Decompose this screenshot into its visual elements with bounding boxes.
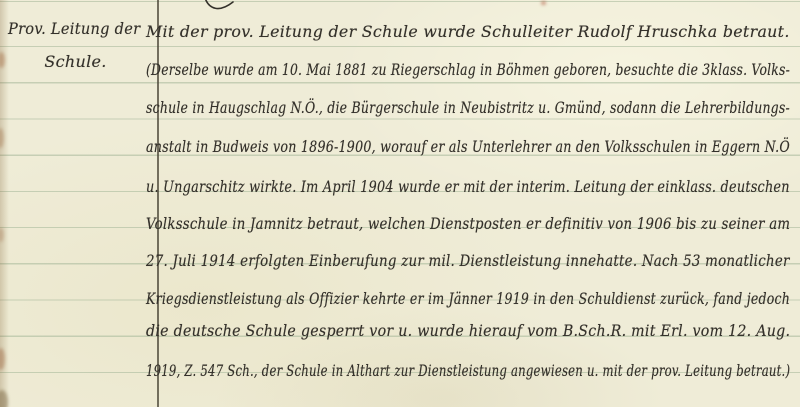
entry-line: 1919, Z. 547 Sch., der Schule in Althart… [146, 359, 616, 383]
entry-line: die deutsche Schule gesperrt vor u. wurd… [146, 319, 717, 343]
margin-note-line: Schule. [28, 50, 123, 74]
entry-line: 27. Juli 1914 erfolgten Einberufung zur … [146, 249, 685, 273]
entry-line: Volksschule in Jamnitz betraut, welchen … [146, 212, 681, 236]
chronicle-page: Prov. Leitung der Schule. Mit der prov. … [0, 0, 800, 407]
entry-line: Kriegsdienstleistung als Offizier kehrte… [146, 287, 651, 311]
entry-line: schule in Haugschlag N.Ö., die Bürgersch… [146, 96, 647, 120]
margin-note-line: Prov. Leitung der [8, 17, 128, 41]
entry-line: (Derselbe wurde am 10. Mai 1881 zu Riege… [146, 58, 644, 82]
entry-line: u. Ungarschitz wirkte. Im April 1904 wur… [146, 175, 662, 199]
cutoff-stroke-previous-entry [203, 0, 237, 16]
entry-line: anstalt in Budweis von 1896-1900, worauf… [146, 135, 655, 159]
entry-line: Mit der prov. Leitung der Schule wurde S… [146, 20, 783, 44]
